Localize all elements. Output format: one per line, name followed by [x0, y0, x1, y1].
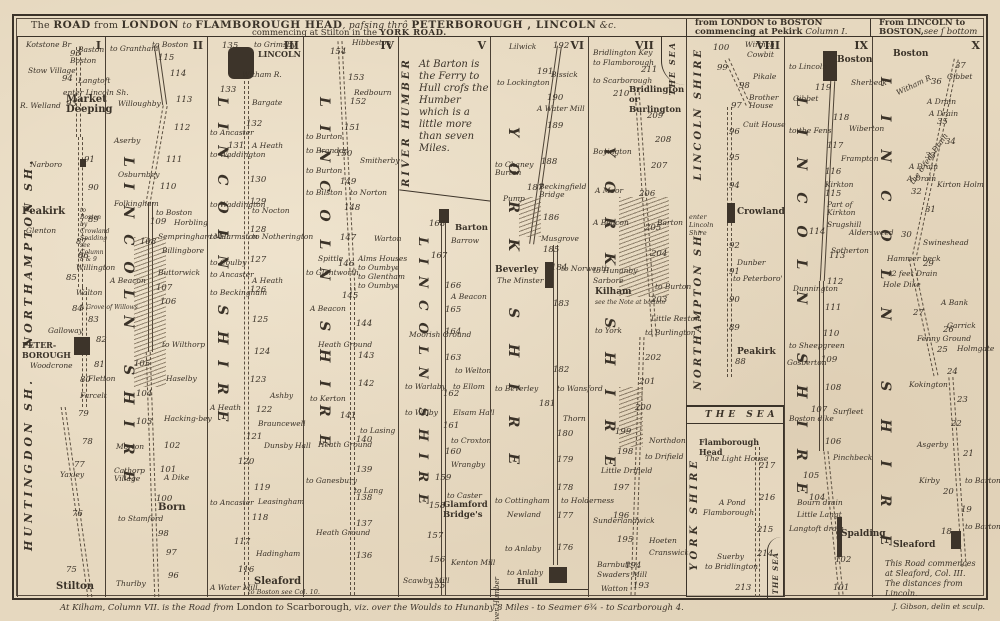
- milestone: 75: [66, 565, 77, 575]
- milestone: 132: [246, 119, 262, 129]
- milestone: 144: [356, 319, 372, 329]
- strip-column-2: II LINCOLN SHIRE to Grantham to Boston W…: [105, 37, 207, 597]
- place-label: to Wilthorp: [162, 341, 205, 349]
- place-label: Holmgate: [957, 345, 994, 353]
- milestone: 215: [757, 525, 773, 535]
- milestone: 95: [70, 49, 81, 59]
- milestone: 145: [342, 291, 358, 301]
- milestone: 201: [639, 377, 655, 387]
- milestone: 214: [757, 549, 773, 559]
- strip-column-8: VIII NORTHAMPTON SH. LINCOLN SHIRE Wirbi…: [686, 37, 784, 405]
- place-label: to Oumbye: [358, 264, 399, 272]
- place-label: to Bilston: [306, 189, 342, 197]
- place-label: to Ancaster: [210, 499, 254, 507]
- milestone: 123: [250, 375, 266, 385]
- place-label: A Water Mill: [537, 105, 585, 113]
- milestone: 211: [641, 65, 657, 75]
- place-label: Ashby: [270, 392, 293, 400]
- milestone: 89: [88, 215, 99, 225]
- milestone: 194: [625, 561, 641, 571]
- place-label: to Burton: [306, 133, 342, 141]
- milestone: 180: [557, 429, 573, 439]
- milestone: 138: [356, 493, 372, 503]
- place-label: Billingbore: [162, 247, 204, 255]
- place-label: R. Welland: [20, 102, 61, 110]
- milestone: 203: [651, 295, 667, 305]
- milestone: 102: [164, 441, 180, 451]
- place-label: A Heath: [252, 142, 283, 150]
- milestone: 155: [429, 581, 445, 591]
- place-label: to Walby: [405, 409, 438, 417]
- milestone: 23: [957, 395, 968, 405]
- place-label: Fenny Ground: [917, 335, 971, 343]
- place-label: to Peterboro': [733, 275, 783, 283]
- milestone: 127: [250, 255, 266, 265]
- milestone: 22: [951, 419, 962, 429]
- place-label: A Drain: [927, 98, 956, 106]
- place-label: Brauncewell: [258, 420, 306, 428]
- milestone: 164: [445, 327, 461, 337]
- milestone: 107: [811, 405, 827, 415]
- town-block-icon: [951, 531, 961, 549]
- milestone: 129: [250, 197, 266, 207]
- town-glamford-briggs: Glamford Bridge's: [443, 500, 491, 520]
- coastline: [687, 423, 785, 430]
- milestone: 209: [647, 111, 663, 121]
- milestone: 166: [445, 281, 461, 291]
- milestone: 25: [937, 345, 948, 355]
- title-banner: The ROAD from LONDON to FLAMBOROUGH HEAD…: [17, 19, 686, 37]
- milestone: 116: [825, 167, 841, 177]
- milestone: 77: [74, 460, 85, 470]
- milestone: 112: [827, 277, 843, 287]
- city-block-icon: [74, 337, 90, 355]
- milestone: 30: [901, 230, 912, 240]
- place-label: to Grantham: [110, 45, 158, 53]
- milestone: 81: [94, 360, 105, 370]
- county-label: NORTHAMPTON SH.: [693, 227, 704, 390]
- flamborough-inset: THE SEA YORK SHIRE THE SEA Flamborough H…: [686, 405, 784, 597]
- place-label: Thorn: [563, 415, 586, 423]
- footer-note: At Kilham, Column VII. is the Road from …: [60, 602, 684, 613]
- milestone: 94: [62, 74, 73, 84]
- place-label: A Beacon: [110, 277, 146, 285]
- milestone: 207: [651, 161, 667, 171]
- milestone: 153: [348, 73, 364, 83]
- place-label: to Boston: [152, 41, 188, 49]
- place-label: Heath Ground: [318, 341, 372, 349]
- place-label: Kirkton: [825, 181, 854, 189]
- place-label: Galloway: [48, 327, 83, 335]
- milestone: 140: [356, 435, 372, 445]
- milestone: 90: [729, 295, 740, 305]
- milestone: 150: [336, 149, 352, 159]
- place-label: to Lasing: [360, 427, 395, 435]
- milestone: 100: [156, 494, 172, 504]
- place-label: to Nocton: [252, 207, 290, 215]
- milestone: 162: [443, 389, 459, 399]
- hill-shading: [619, 387, 643, 447]
- milestone: 84: [72, 304, 83, 314]
- place-label: Hoeten: [649, 537, 677, 545]
- footer-text: , viz. over the Woulds to Hunanby 8 Mile…: [349, 603, 684, 613]
- milestone: 146: [338, 259, 354, 269]
- milestone: 181: [539, 399, 555, 409]
- milestone: 142: [358, 379, 374, 389]
- milestone: 178: [557, 483, 573, 493]
- milestone: 18: [941, 527, 952, 537]
- place-label: Kenton Mill: [451, 559, 495, 567]
- milestone: 114: [809, 227, 825, 237]
- milestone: 186: [543, 213, 559, 223]
- place-label: to Welton: [455, 367, 491, 375]
- milestone: 217: [759, 461, 775, 471]
- title-word: &c.: [600, 21, 617, 31]
- milestone: 121: [246, 432, 262, 442]
- place-label: to Ancaster: [210, 271, 254, 279]
- place-label: Little Langt: [797, 511, 842, 519]
- place-label: Kirby: [919, 477, 940, 485]
- place-label: Kirton Holm: [937, 181, 984, 189]
- town-lincoln: LINCOLN: [258, 49, 301, 59]
- milestone: 93: [66, 99, 77, 109]
- place-label: to Burton: [306, 167, 342, 175]
- milestone: 104: [809, 493, 825, 503]
- milestone: 106: [825, 437, 841, 447]
- place-label: The Minster: [497, 277, 543, 285]
- milestone: 202: [645, 353, 661, 363]
- footer-text: At Kilham, Column VII. is the Road from: [60, 603, 234, 613]
- milestone: 198: [617, 447, 633, 457]
- town-kilham: Kilham: [595, 287, 632, 297]
- milestone: 177: [557, 511, 573, 521]
- place-label: to Lincoln: [789, 63, 827, 71]
- milestone: 89: [729, 323, 740, 333]
- milestone: 116: [238, 565, 254, 575]
- milestone: 179: [557, 455, 573, 465]
- milestone: 98: [158, 529, 169, 539]
- milestone: 80: [80, 375, 91, 385]
- sleaford-note: This Road commences at Sleaford, Col. II…: [885, 559, 983, 599]
- place-label: Baston: [78, 46, 104, 54]
- town-barton: Barton: [455, 223, 488, 233]
- milestone: 131: [228, 141, 244, 151]
- place-label: Flamborough: [703, 509, 754, 517]
- county-label: HUNTINGDON SH.: [22, 377, 35, 551]
- milestone: 97: [731, 101, 742, 111]
- place-label: to Sheepgreen: [789, 342, 845, 350]
- milestone: 124: [254, 347, 270, 357]
- inset-title: THE SEA: [705, 410, 779, 420]
- place-label: to Stamford: [118, 515, 163, 523]
- milestone: 106: [160, 297, 176, 307]
- place-label: Thurlby: [116, 580, 146, 588]
- town-stilton: Stilton: [56, 582, 94, 592]
- milestone: 35: [937, 117, 948, 127]
- milestone: 91: [84, 155, 95, 165]
- milestone: 147: [340, 233, 356, 243]
- place-label: Morton: [116, 443, 144, 451]
- strip-column-1: I HUNTINGDON SH. NORTHAMPTON SH. Kotston…: [17, 37, 105, 597]
- hill-shading: [519, 197, 541, 237]
- place-label: Little Drifield: [601, 467, 652, 475]
- place-label: Barrow: [451, 237, 479, 245]
- milestone: 161: [443, 421, 459, 431]
- river-humber-shore: [399, 189, 490, 201]
- place-label: Swineshead: [923, 239, 969, 247]
- milestone: 110: [823, 329, 839, 339]
- city-block-icon: [549, 567, 567, 583]
- column-number: IX: [854, 39, 868, 52]
- place-label: to Croxton: [451, 437, 491, 445]
- place-label: A Beacon: [451, 293, 487, 301]
- lincoln-header-line2: BOSTON,: [879, 27, 924, 37]
- place-label: 42 feet Drain: [887, 270, 937, 278]
- place-label: to Kerton: [310, 395, 346, 403]
- milestone: 33: [925, 151, 936, 161]
- milestone: 108: [825, 383, 841, 393]
- county-label: LINCOLN SHIRE: [415, 237, 430, 516]
- milestone: 139: [356, 465, 372, 475]
- milestone: 32: [911, 187, 922, 197]
- place-label: Hibbeston: [352, 39, 391, 47]
- place-label: A Bank: [941, 299, 968, 307]
- place-label: Leasingham: [258, 498, 304, 506]
- place-label: Haselby: [166, 375, 197, 383]
- milestone: 87: [76, 237, 87, 247]
- milestone: 37: [955, 61, 966, 71]
- milestone: 31: [925, 205, 936, 215]
- milestone: 117: [234, 537, 250, 547]
- milestone: 133: [220, 85, 236, 95]
- place-label: to Ancaster: [210, 129, 254, 137]
- milestone: 96: [168, 571, 179, 581]
- milestone: 36: [931, 77, 942, 87]
- milestone: 135: [222, 41, 238, 51]
- place-label: A Heath: [210, 404, 241, 412]
- place-label: Horbling: [174, 219, 208, 227]
- boston-header-text: from LONDON to BOSTON commencing at Peki…: [695, 19, 847, 37]
- milestone: 120: [238, 457, 254, 467]
- place-label: to Cottingham: [495, 497, 550, 505]
- place-label: Asgerby: [917, 441, 948, 449]
- town-sleaford: Sleaford: [893, 540, 935, 550]
- title-word: The: [31, 20, 50, 31]
- milestone: 115: [158, 53, 174, 63]
- milestone: 100: [713, 43, 729, 53]
- milestone: 130: [250, 175, 266, 185]
- title-word: ROAD: [53, 19, 91, 31]
- town-peakirk: Peakirk: [737, 347, 776, 357]
- place-label: Boyington: [593, 148, 632, 156]
- milestone: 103: [136, 417, 152, 427]
- milestone: 128: [250, 225, 266, 235]
- town-boston: Boston: [893, 49, 928, 59]
- river-label: RIVER HUMBER: [401, 57, 412, 187]
- milestone: 101: [160, 465, 176, 475]
- milestone: 111: [166, 155, 182, 165]
- place-label: Redbourn: [354, 89, 391, 97]
- milestone: 95: [729, 153, 740, 163]
- milestone: 191: [537, 67, 553, 77]
- milestone: 197: [613, 483, 629, 493]
- place-label: Watton: [601, 585, 628, 593]
- milestone: 137: [356, 519, 372, 529]
- place-label: Part of Kirkton: [827, 201, 867, 217]
- place-label: A Beacon: [310, 305, 346, 313]
- milestone: 104: [136, 389, 152, 399]
- milestone: 159: [435, 473, 451, 483]
- milestone: 99: [717, 63, 728, 73]
- lincoln-boston-header: From LINCOLN to BOSTON,see ſ bottom: [870, 19, 984, 37]
- milestone: 157: [427, 531, 443, 541]
- milestone: 125: [252, 315, 268, 325]
- milestone: 126: [250, 285, 266, 295]
- title-word: to: [182, 21, 192, 31]
- milestone: 108: [140, 237, 156, 247]
- county-label: YORK SHIRE: [689, 457, 700, 571]
- place-label: Hole Dike: [883, 281, 921, 289]
- milestone: 136: [356, 551, 372, 561]
- place-label: Dunber: [737, 259, 766, 267]
- place-label: Hadingham: [256, 550, 300, 558]
- strip-column-4: IV LINCOLN SHIRE Hibbeston Redbourn to B…: [303, 37, 398, 597]
- milestone: 204: [651, 249, 667, 259]
- place-label: Swaders Mill: [597, 571, 647, 579]
- milestone: 152: [350, 97, 366, 107]
- place-label: Witham R.: [895, 73, 934, 97]
- milestone: 154: [330, 47, 346, 57]
- place-label: Wrangby: [451, 461, 485, 469]
- milestone: 118: [252, 513, 268, 523]
- town-hull: Hull: [517, 577, 538, 587]
- milestone: 107: [156, 283, 172, 293]
- milestone: 109: [150, 217, 166, 227]
- county-label: LINCOLN SHIRE: [877, 77, 893, 573]
- milestone: 96: [729, 127, 740, 137]
- milestone: 29: [923, 259, 934, 269]
- place-label: Witham R.: [242, 71, 282, 79]
- ferry-note: At Barton is the Ferry to Hull crofs the…: [419, 59, 491, 155]
- place-label: A Beacon: [593, 219, 629, 227]
- milestone: 27: [913, 308, 924, 318]
- town-crowland: Crowland: [737, 207, 785, 217]
- place-label: Beckingfield Bridge: [539, 183, 579, 199]
- footer-text: London: [236, 602, 272, 613]
- milestone: 167: [431, 251, 447, 261]
- town-peakirk: Peakirk: [22, 207, 65, 217]
- place-label: A Drain: [907, 175, 936, 183]
- milestone: 119: [254, 483, 270, 493]
- place-label: Buttorwick: [158, 269, 200, 277]
- title-origin: LONDON: [122, 19, 180, 31]
- place-label: to Lockington: [497, 79, 550, 87]
- title-word: from: [94, 20, 118, 31]
- milestone: 114: [170, 69, 186, 79]
- milestone: 90: [88, 183, 99, 193]
- footer-text: to: [275, 603, 284, 613]
- milestone: 101: [833, 583, 849, 593]
- milestone: 113: [176, 95, 192, 105]
- milestone: 117: [827, 141, 843, 151]
- town-beverley: Beverley: [495, 265, 538, 275]
- milestone: 148: [344, 203, 360, 213]
- place-label: to Hunanby: [593, 267, 637, 275]
- strip-column-5: V RIVER HUMBER At Barton is the Ferry to…: [398, 37, 490, 597]
- place-label: Walton: [76, 289, 102, 297]
- column-number: VI: [570, 39, 584, 52]
- milestone: 149: [340, 177, 356, 187]
- milestone: 85: [66, 273, 77, 283]
- county-label: NORTHAMPTON SH.: [22, 157, 35, 347]
- milestone: 78: [82, 437, 93, 447]
- place-label: Bridlington Key: [593, 49, 653, 57]
- milestone: 210: [613, 89, 629, 99]
- footer-text: Scarborough: [286, 602, 348, 613]
- place-label: to Anlaby: [507, 569, 543, 577]
- milestone: 21: [963, 449, 974, 459]
- place-label: to Coulby: [210, 259, 246, 267]
- place-label: Bargate: [252, 99, 282, 107]
- milestone: 199: [615, 427, 631, 437]
- milestone: 109: [821, 355, 837, 365]
- place-label: to Grimsby: [254, 41, 296, 49]
- column-number: X: [971, 39, 980, 52]
- milestone: 182: [553, 365, 569, 375]
- milestone: 168: [429, 219, 445, 229]
- place-label: A Pond: [719, 499, 746, 507]
- milestone: 91: [729, 267, 740, 277]
- place-label: A Drain: [909, 163, 938, 171]
- place-label: Aserby: [114, 137, 140, 145]
- strip-column-3: III LINCOLN SHIRE LINCOLN to Grimsby Wit…: [207, 37, 303, 597]
- milestone: 115: [825, 189, 841, 199]
- milestone: 19: [961, 505, 972, 515]
- town-block-icon: [837, 517, 842, 557]
- place-label: Yaxley: [60, 471, 84, 479]
- place-label: to Ganesbury: [306, 477, 357, 485]
- milestone: 158: [429, 501, 445, 511]
- place-label: Pinchbeck: [833, 454, 872, 462]
- milestone: 184: [551, 263, 567, 273]
- milestone: 206: [639, 189, 655, 199]
- milestone: 118: [833, 113, 849, 123]
- place-label: Pump: [503, 195, 525, 203]
- column-number: II: [193, 39, 203, 52]
- place-label: to Barton: [965, 477, 1000, 485]
- place-label: Northdon: [649, 437, 686, 445]
- place-label: to Beverley: [495, 385, 538, 393]
- place-label: Gibbet: [793, 95, 818, 103]
- milestone: 111: [825, 303, 841, 313]
- milestone: 110: [160, 182, 176, 192]
- place-label: Brother House: [749, 94, 785, 110]
- town-peterborough: PETER-BOROUGH: [22, 340, 70, 360]
- county-label: YORK SHIRE: [601, 147, 617, 490]
- place-label: Surfleet: [833, 408, 863, 416]
- county-label: LINCOLN SHIRE: [693, 47, 704, 180]
- place-label: Wirbich: [745, 41, 775, 49]
- place-label: Smitherby: [360, 157, 400, 165]
- place-label: Willoughby: [118, 100, 161, 108]
- place-label: Sarbore: [593, 277, 624, 285]
- milestone: 79: [78, 409, 89, 419]
- strip-column-7: VII THE SEA YORK SHIRE Bridlington Key t…: [588, 37, 686, 597]
- milestone: 160: [445, 447, 461, 457]
- column-number: V: [477, 39, 486, 52]
- place-label: Musgrove: [541, 235, 579, 243]
- place-label: Pikale: [753, 73, 776, 81]
